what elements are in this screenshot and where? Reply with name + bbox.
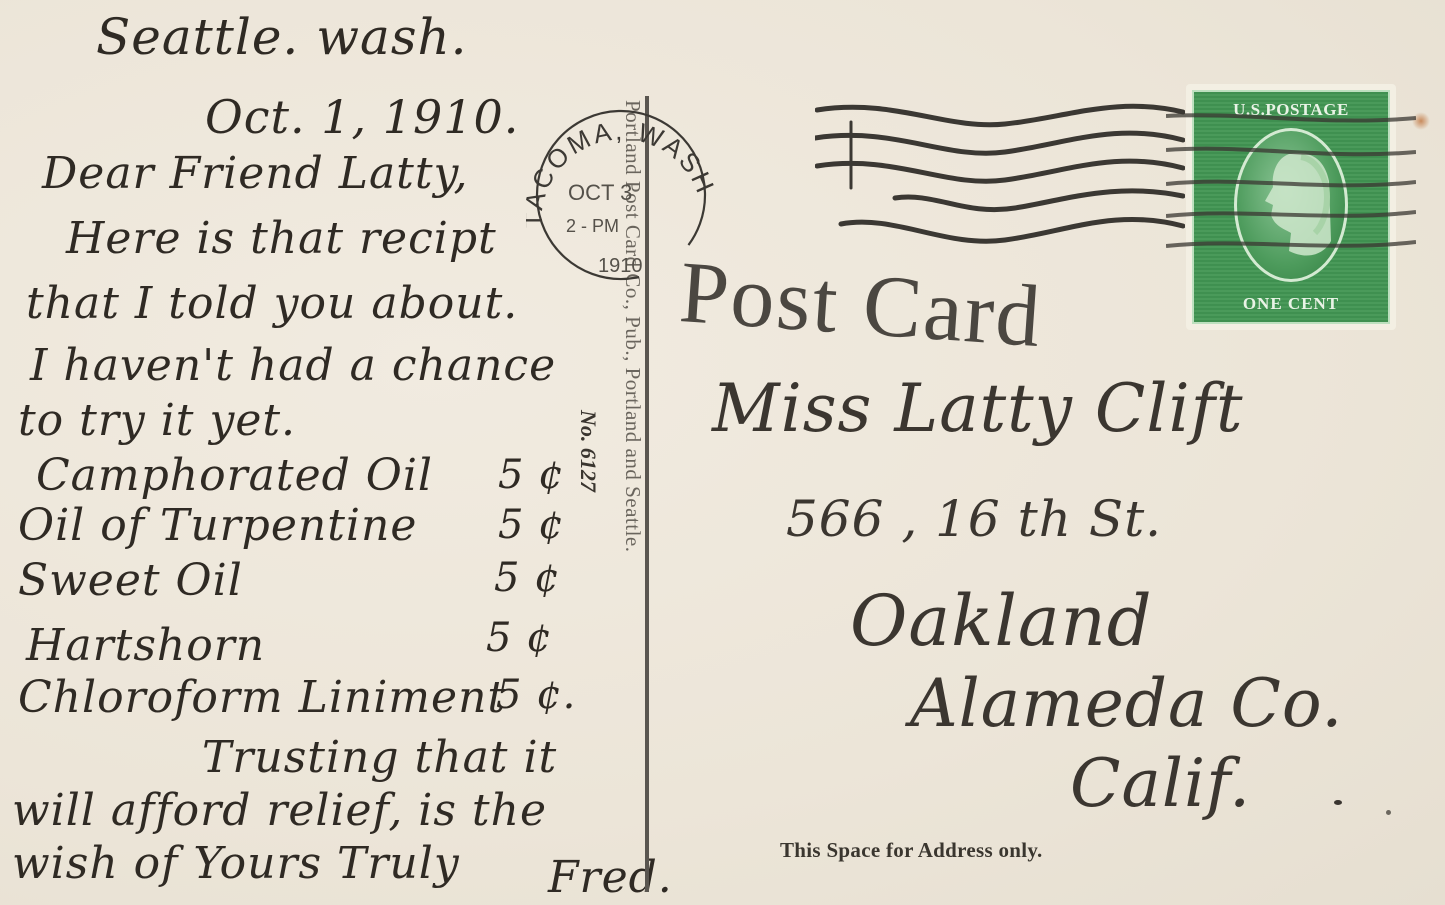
postcard-back: Seattle. wash. Oct. 1, 1910. Dear Friend… (0, 0, 1445, 905)
svg-text:1910: 1910 (598, 255, 643, 277)
recipe-price: 5 ¢ (494, 555, 561, 601)
message-place: Seattle. wash. (96, 8, 468, 66)
svg-text:OCT 3: OCT 3 (568, 180, 632, 205)
closing-line: wish of Yours Truly (12, 838, 460, 889)
paper-speck (1334, 800, 1342, 805)
recipe-price: 5 ¢ (486, 615, 553, 661)
address-name: Miss Latty Clift (712, 370, 1244, 447)
address-county: Alameda Co. (910, 665, 1343, 742)
address-street: 566 , 16 th St. (786, 490, 1162, 548)
message-date: Oct. 1, 1910. (205, 90, 519, 144)
address-space-note: This Space for Address only. (780, 838, 1043, 863)
address-state: Calif. (1070, 745, 1251, 822)
closing-line: Trusting that it (202, 732, 557, 783)
post-card-heading: Post Card (676, 242, 1045, 368)
message-line: Here is that recipt (66, 213, 497, 264)
wavy-cancellation-icon (815, 100, 1185, 250)
signature: Fred. (548, 852, 673, 903)
message-line: that I told you about. (26, 278, 518, 329)
recipe-item: Hartshorn (26, 620, 265, 671)
message-line: to try it yet. (18, 395, 296, 446)
svg-text:TACOMA, WASH: TACOMA, WASH (526, 116, 716, 229)
card-number: No. 6127 (575, 410, 601, 492)
closing-line: will afford relief, is the (12, 785, 547, 836)
recipe-item: Camphorated Oil (36, 450, 433, 501)
paper-speck (1386, 810, 1391, 815)
recipe-price: 5 ¢ (498, 502, 565, 548)
stamp-cancel-bars-icon (1166, 104, 1416, 304)
recipe-price: 5 ¢ (498, 452, 565, 498)
postage-stamp: U.S.POSTAGE ONE CENT (1186, 84, 1396, 330)
recipe-item: Chloroform Liniment (18, 672, 506, 723)
address-city: Oakland (850, 580, 1153, 662)
recipe-price: 5 ¢. (496, 672, 576, 718)
message-greeting: Dear Friend Latty, (42, 148, 469, 199)
svg-text:2 - PM: 2 - PM (566, 216, 619, 236)
recipe-item: Sweet Oil (18, 555, 243, 606)
recipe-item: Oil of Turpentine (18, 500, 417, 551)
message-line: I haven't had a chance (30, 340, 556, 391)
